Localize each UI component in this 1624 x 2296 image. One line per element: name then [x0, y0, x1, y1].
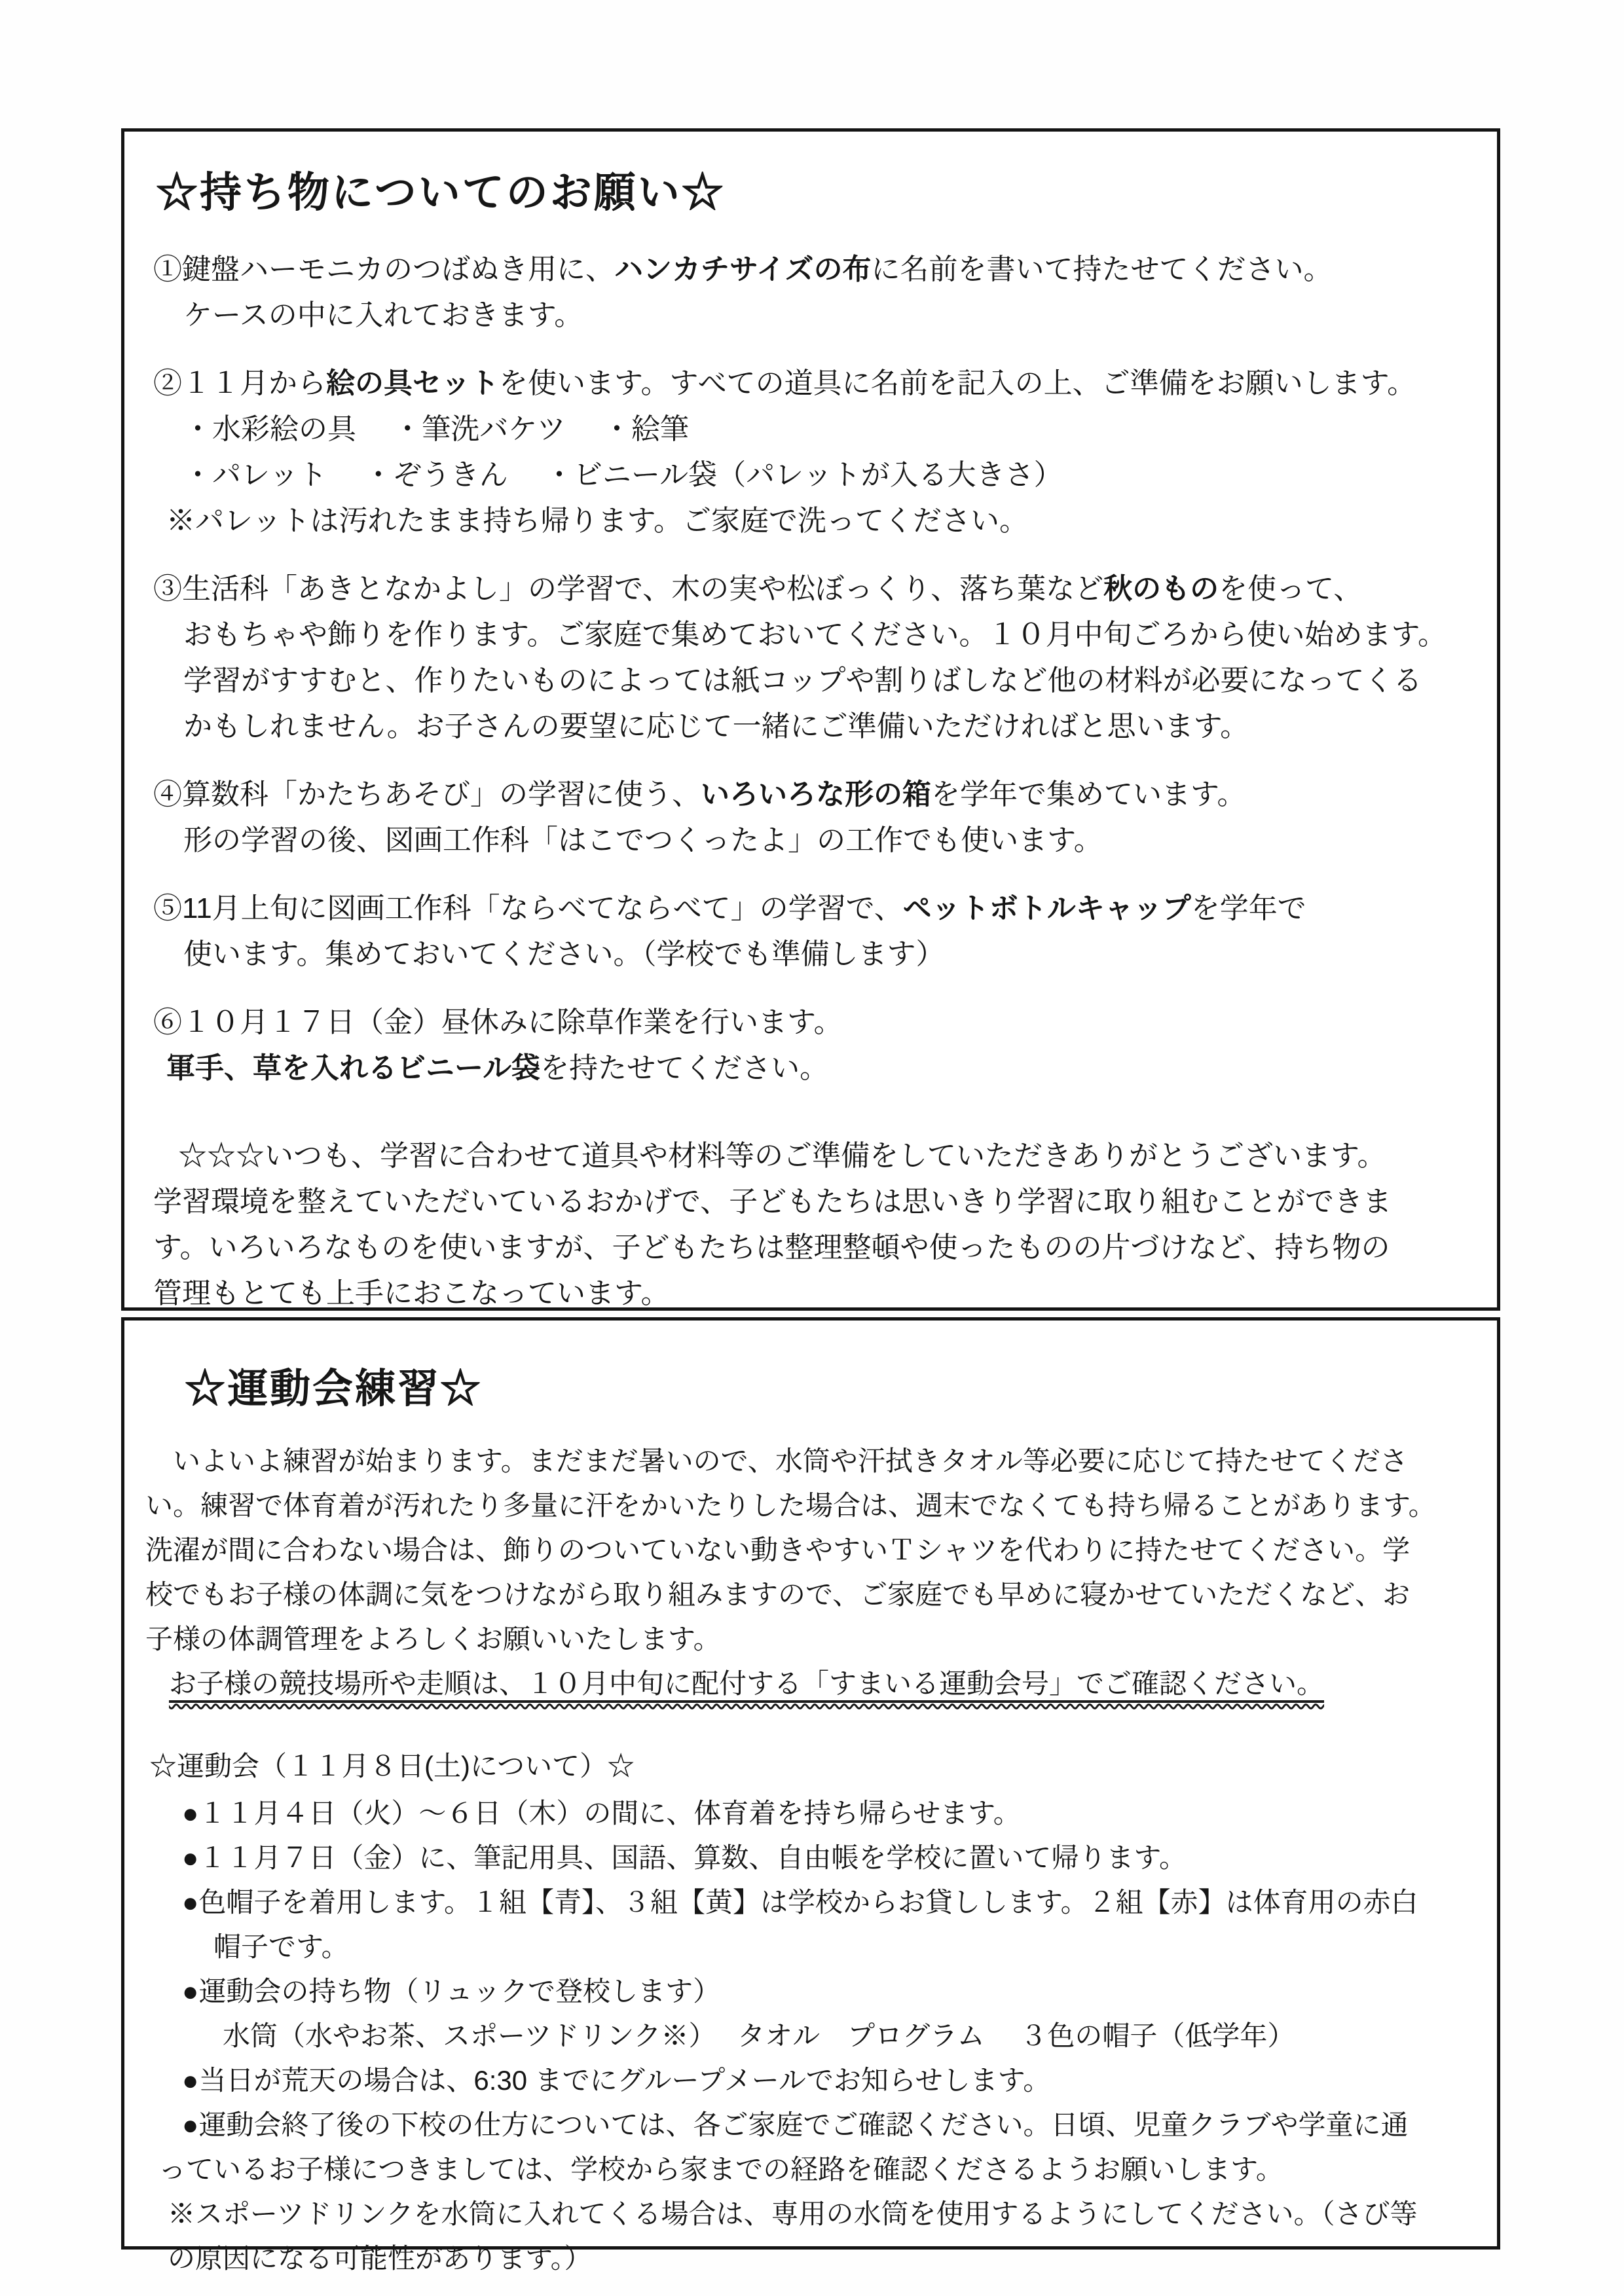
item-3-line-2: おもちゃや飾りを作ります。ご家庭で集めておいてください。１０月中旬ごろから使い始… [153, 612, 1468, 658]
intro-line-1: いよいよ練習が始まります。まだまだ暑いので、水筒や汗拭きタオル等必要に応じて持た… [145, 1439, 1476, 1484]
sports-day-notice-box: ☆運動会練習☆ いよいよ練習が始まります。まだまだ暑いので、水筒や汗拭きタオル等… [121, 1317, 1500, 2250]
bullet-leave-supplies: ●１１月７日（金）に、筆記用具、国語、算数、自由帳を学校に置いて帰ります。 [182, 1836, 1476, 1880]
sports-day-intro: いよいよ練習が始まります。まだまだ暑いので、水筒や汗拭きタオル等必要に応じて持た… [145, 1439, 1476, 1706]
item-3: ③生活科「あきとなかよし」の学習で、木の実や松ぼっくり、落ち葉など秋のものを使っ… [153, 566, 1468, 750]
item-4: ④算数科「かたちあそび」の学習に使う、いろいろな形の箱を学年で集めています。 形… [153, 772, 1468, 864]
underline-solid: お子様の競技場所や走順は、１０月中旬に配付する「すまいる運動会号」でご確認くださ… [169, 1668, 1324, 1703]
item-1-line-1: ①鍵盤ハーモニカのつばぬき用に、ハンカチサイズの布に名前を書いて持たせてください… [153, 247, 1468, 293]
item-5-line-2: 使います。集めておいてください。（学校でも準備します） [153, 932, 1468, 977]
item-2-supplies-row-2: ・パレット ・ぞうきん ・ビニール袋（パレットが入る大きさ） [153, 452, 1468, 498]
item-6-line-1: ⑥１０月１７日（金）昼休みに除草作業を行います。 [153, 1000, 1468, 1046]
bullet-colored-caps-line-1: ●色帽子を着用します。１組【青】、３組【黄】は学校からお貸しします。２組【赤】は… [182, 1880, 1476, 1925]
item-2-line-1: ②１１月から絵の具セットを使います。すべての道具に名前を記入の上、ご準備をお願い… [153, 361, 1468, 407]
closing-line-4: 管理もとても上手におこなっています。 [153, 1271, 1468, 1317]
emphasis-paint-set: 絵の具セット [326, 367, 499, 399]
bullet-belongings-line-1: ●運動会の持ち物（リュックで登校します） [182, 1969, 1476, 2014]
sports-day-subheading: ☆運動会（１１月８日(土)について）☆ [149, 1744, 1476, 1789]
note-sports-drink-line-1: ※スポーツドリンクを水筒に入れてくる場合は、専用の水筒を使用するようにしてくださ… [168, 2192, 1476, 2236]
emphasis-handkerchief-cloth: ハンカチサイズの布 [614, 253, 871, 285]
belongings-notice-box: ☆持ち物についてのお願い☆ ①鍵盤ハーモニカのつばぬき用に、ハンカチサイズの布に… [121, 128, 1500, 1311]
scanned-newsletter-page: ☆持ち物についてのお願い☆ ①鍵盤ハーモニカのつばぬき用に、ハンカチサイズの布に… [0, 0, 1624, 2296]
bullet-gym-clothes: ●１１月４日（火）～６日（木）の間に、体育着を持ち帰らせます。 [182, 1791, 1476, 1836]
sports-day-title: ☆運動会練習☆ [185, 1356, 1476, 1414]
closing-line-3: す。いろいろなものを使いますが、子どもたちは整理整頓や使ったものの片づけなど、持… [153, 1225, 1468, 1271]
item-3-line-3: 学習がすすむと、作りたいものによっては紙コップや割りばしなど他の材料が必要になっ… [153, 658, 1468, 704]
intro-line-2: い。練習で体育着が汚れたり多量に汗をかいたりした場合は、週末でなくても持ち帰るこ… [145, 1484, 1476, 1528]
emphasis-autumn-things: 秋のもの [1103, 573, 1219, 605]
item-4-line-1: ④算数科「かたちあそび」の学習に使う、いろいろな形の箱を学年で集めています。 [153, 772, 1468, 818]
item-5-line-1: ⑤11月上旬に図画工作科「ならべてならべて」の学習で、ペットボトルキャップを学年… [153, 886, 1468, 932]
bullet-bad-weather: ●当日が荒天の場合は、6:30 までにグループメールでお知らせします。 [182, 2058, 1476, 2103]
underline-wavy-text: お子様の競技場所や走順は、１０月中旬に配付する「すまいる運動会号」でご確認くださ… [169, 1668, 1324, 1699]
item-6: ⑥１０月１７日（金）昼休みに除草作業を行います。 軍手、草を入れるビニール袋を持… [153, 1000, 1468, 1091]
item-3-line-1: ③生活科「あきとなかよし」の学習で、木の実や松ぼっくり、落ち葉など秋のものを使っ… [153, 566, 1468, 612]
item-2: ②１１月から絵の具セットを使います。すべての道具に名前を記入の上、ご準備をお願い… [153, 361, 1468, 544]
emphasis-bottle-caps: ペットボトルキャップ [903, 892, 1191, 924]
bullet-colored-caps-line-2: 帽子です。 [213, 1925, 1476, 1969]
item-3-line-4: かもしれません。お子さんの要望に応じて一緒にご準備いただければと思います。 [153, 704, 1468, 750]
bullet-going-home-line-1: ●運動会終了後の下校の仕方については、各ご家庭でご確認ください。日頃、児童クラブ… [182, 2103, 1476, 2147]
intro-underlined-line: お子様の競技場所や走順は、１０月中旬に配付する「すまいる運動会号」でご確認くださ… [169, 1662, 1476, 1706]
intro-line-4: 校でもお子様の体調に気をつけながら取り組みますので、ご家庭でも早めに寝かせていた… [145, 1573, 1476, 1617]
item-2-note: ※パレットは汚れたまま持ち帰ります。ご家庭で洗ってください。 [153, 498, 1468, 544]
bullet-belongings-line-2: 水筒（水やお茶、スポーツドリンク※） タオル プログラム ３色の帽子（低学年） [223, 2014, 1476, 2058]
item-6-line-2: 軍手、草を入れるビニール袋を持たせてください。 [153, 1046, 1468, 1091]
item-1: ①鍵盤ハーモニカのつばぬき用に、ハンカチサイズの布に名前を書いて持たせてください… [153, 247, 1468, 338]
emphasis-various-boxes: いろいろな形の箱 [701, 778, 931, 811]
item-4-line-2: 形の学習の後、図画工作科「はこでつくったよ」の工作でも使います。 [153, 818, 1468, 864]
item-2-supplies-row-1: ・水彩絵の具 ・筆洗バケツ ・絵筆 [153, 407, 1468, 452]
sports-day-bullets: ●１１月４日（火）～６日（木）の間に、体育着を持ち帰らせます。 ●１１月７日（金… [145, 1791, 1476, 2281]
belongings-notice-title: ☆持ち物についてのお願い☆ [156, 159, 1468, 219]
bullet-going-home-line-2: っているお子様につきましては、学校から家までの経路を確認くださるようお願いします… [158, 2147, 1476, 2192]
note-sports-drink-line-2: の原因になる可能性があります。） [168, 2236, 1476, 2281]
intro-line-3: 洗濯が間に合わない場合は、飾りのついていない動きやすいＴシャツを代わりに持たせて… [145, 1528, 1476, 1573]
item-5: ⑤11月上旬に図画工作科「ならべてならべて」の学習で、ペットボトルキャップを学年… [153, 886, 1468, 977]
closing-thanks: ☆☆☆いつも、学習に合わせて道具や材料等のご準備をしていただきありがとうございま… [153, 1133, 1468, 1317]
closing-line-1: ☆☆☆いつも、学習に合わせて道具や材料等のご準備をしていただきありがとうございま… [153, 1133, 1468, 1179]
emphasis-gloves-bag: 軍手、草を入れるビニール袋 [166, 1052, 540, 1084]
intro-line-5: 子様の体調管理をよろしくお願いいたします。 [145, 1617, 1476, 1662]
closing-line-2: 学習環境を整えていただいているおかげで、子どもたちは思いきり学習に取り組むことが… [153, 1179, 1468, 1225]
item-1-line-2: ケースの中に入れておきます。 [153, 293, 1468, 338]
